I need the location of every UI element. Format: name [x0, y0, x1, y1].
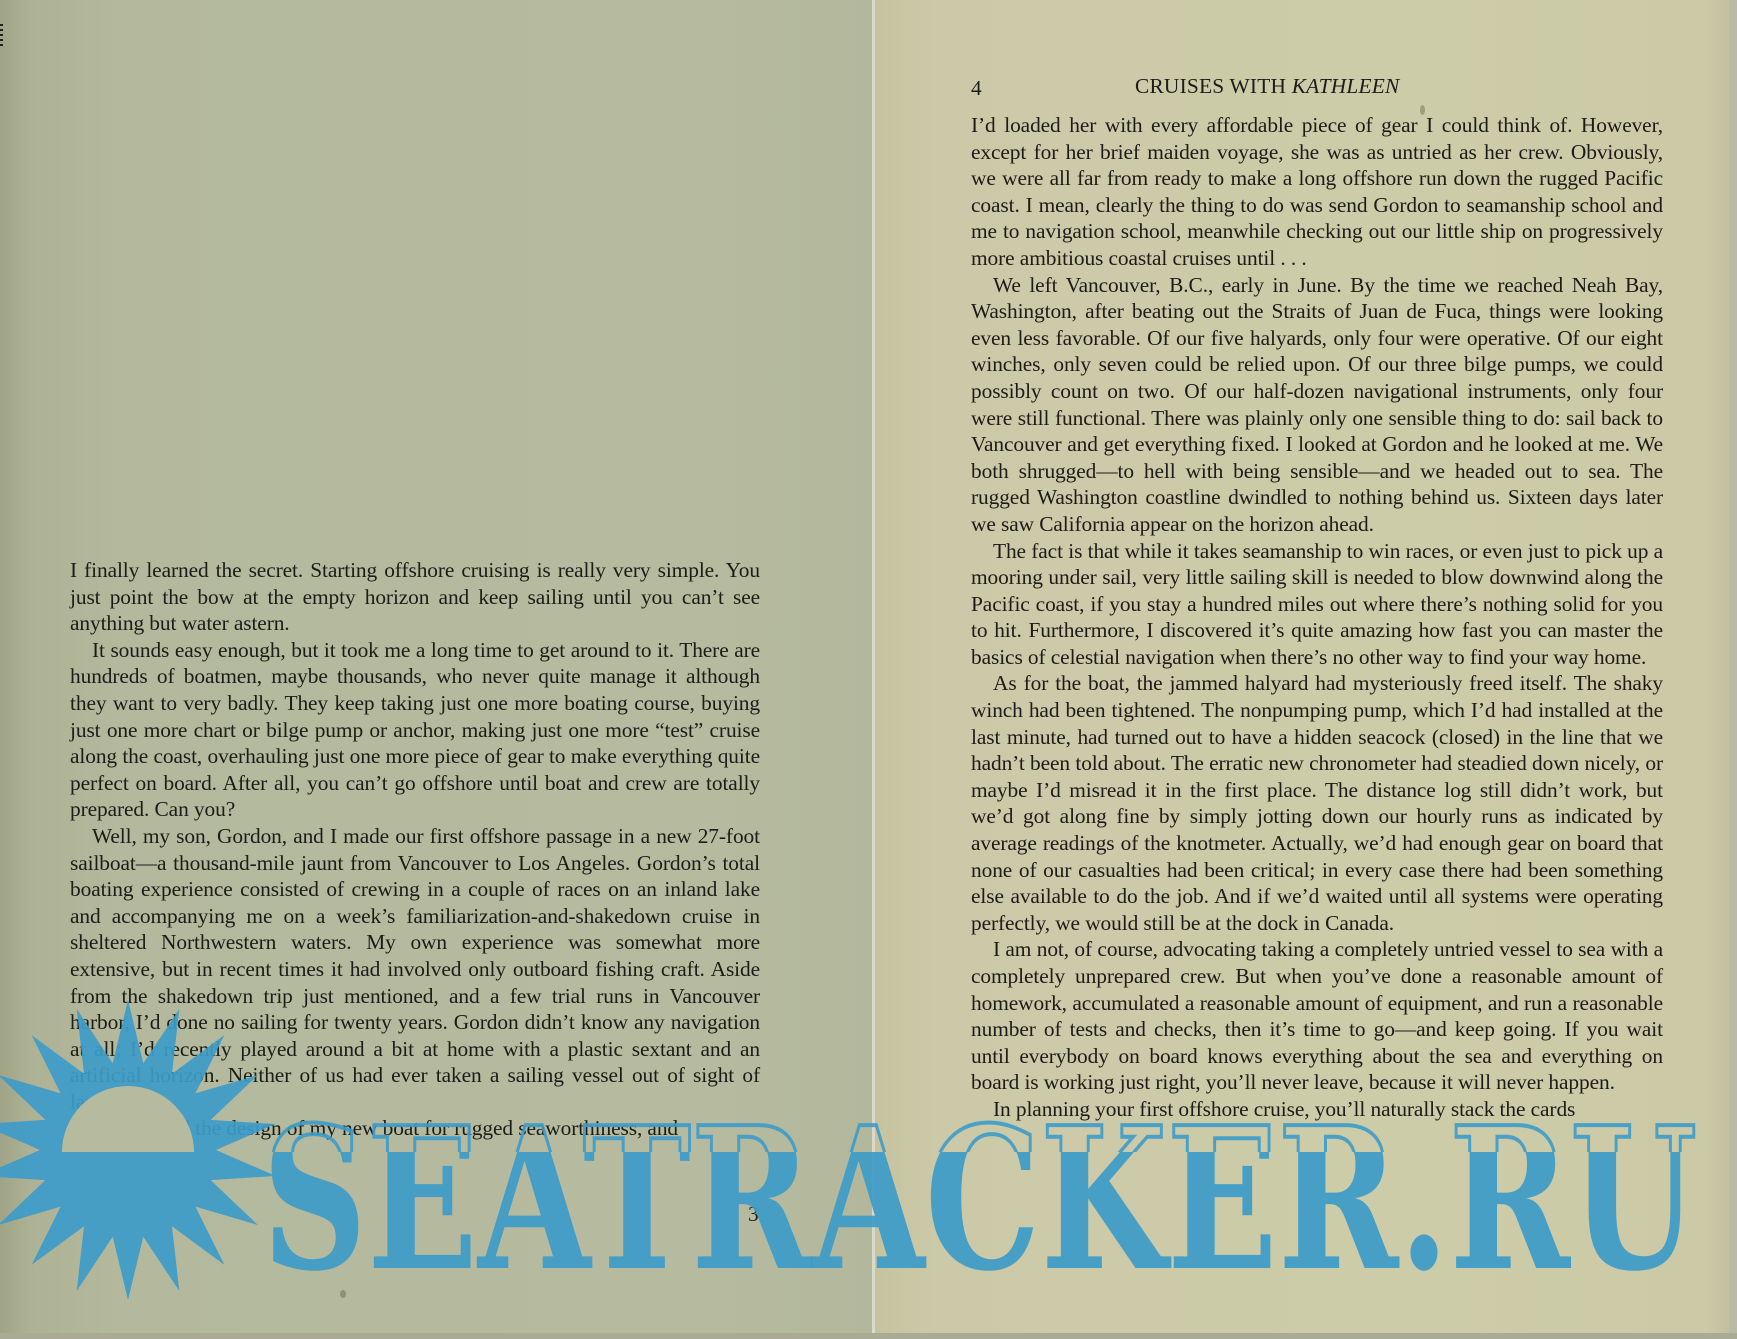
scan-bottom-edge: [0, 1333, 1737, 1339]
left-page-body: I finally learned the secret. Starting o…: [70, 557, 760, 1142]
page-number: 3: [748, 1202, 759, 1227]
right-page-body: I’d loaded her with every affordable pie…: [971, 112, 1663, 1123]
paragraph: We left Vancouver, B.C., early in June. …: [971, 272, 1663, 538]
paragraph: I’d loaded her with every affordable pie…: [971, 112, 1663, 272]
page-edge: [1729, 0, 1737, 1339]
book-title-prefix: CRUISES WITH: [1135, 74, 1292, 98]
running-head: 4 CRUISES WITH KATHLEEN: [971, 74, 1663, 102]
paragraph: It sounds easy enough, but it took me a …: [70, 637, 760, 823]
paragraph: In planning your first offshore cruise, …: [971, 1096, 1663, 1123]
book-spread: I finally learned the secret. Starting o…: [0, 0, 1737, 1339]
page-number: 4: [971, 76, 982, 101]
book-title-italic: KATHLEEN: [1292, 74, 1400, 98]
book-title: CRUISES WITH KATHLEEN: [1135, 74, 1399, 99]
scan-marks: [0, 24, 3, 46]
paragraph: Well, my son, Gordon, and I made our fir…: [70, 823, 760, 1116]
paragraph: I’d selected the design of my new boat f…: [70, 1115, 760, 1142]
left-page: I finally learned the secret. Starting o…: [0, 0, 872, 1339]
paragraph: The fact is that while it takes seamansh…: [971, 538, 1663, 671]
paragraph: As for the boat, the jammed halyard had …: [971, 670, 1663, 936]
scan-speck: [340, 1290, 346, 1298]
paragraph: I am not, of course, advocating taking a…: [971, 936, 1663, 1096]
paragraph: I finally learned the secret. Starting o…: [70, 557, 760, 637]
